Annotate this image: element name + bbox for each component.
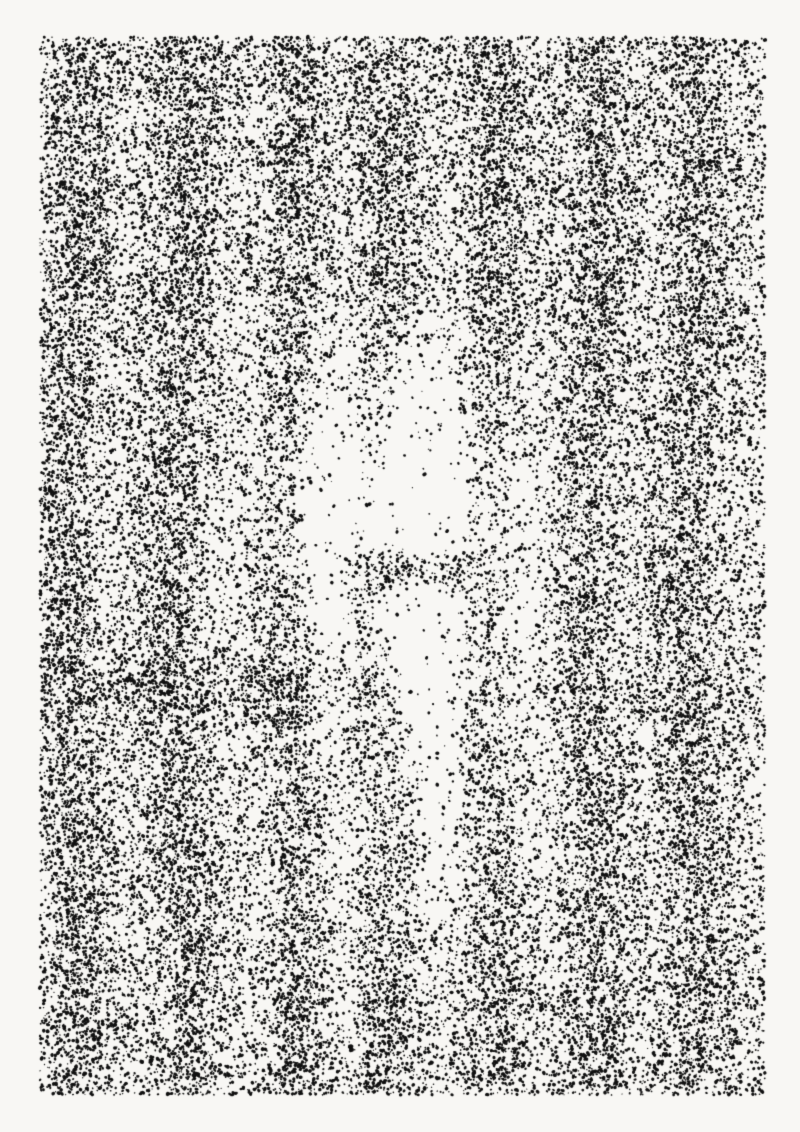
stipple-artwork bbox=[0, 0, 800, 1132]
